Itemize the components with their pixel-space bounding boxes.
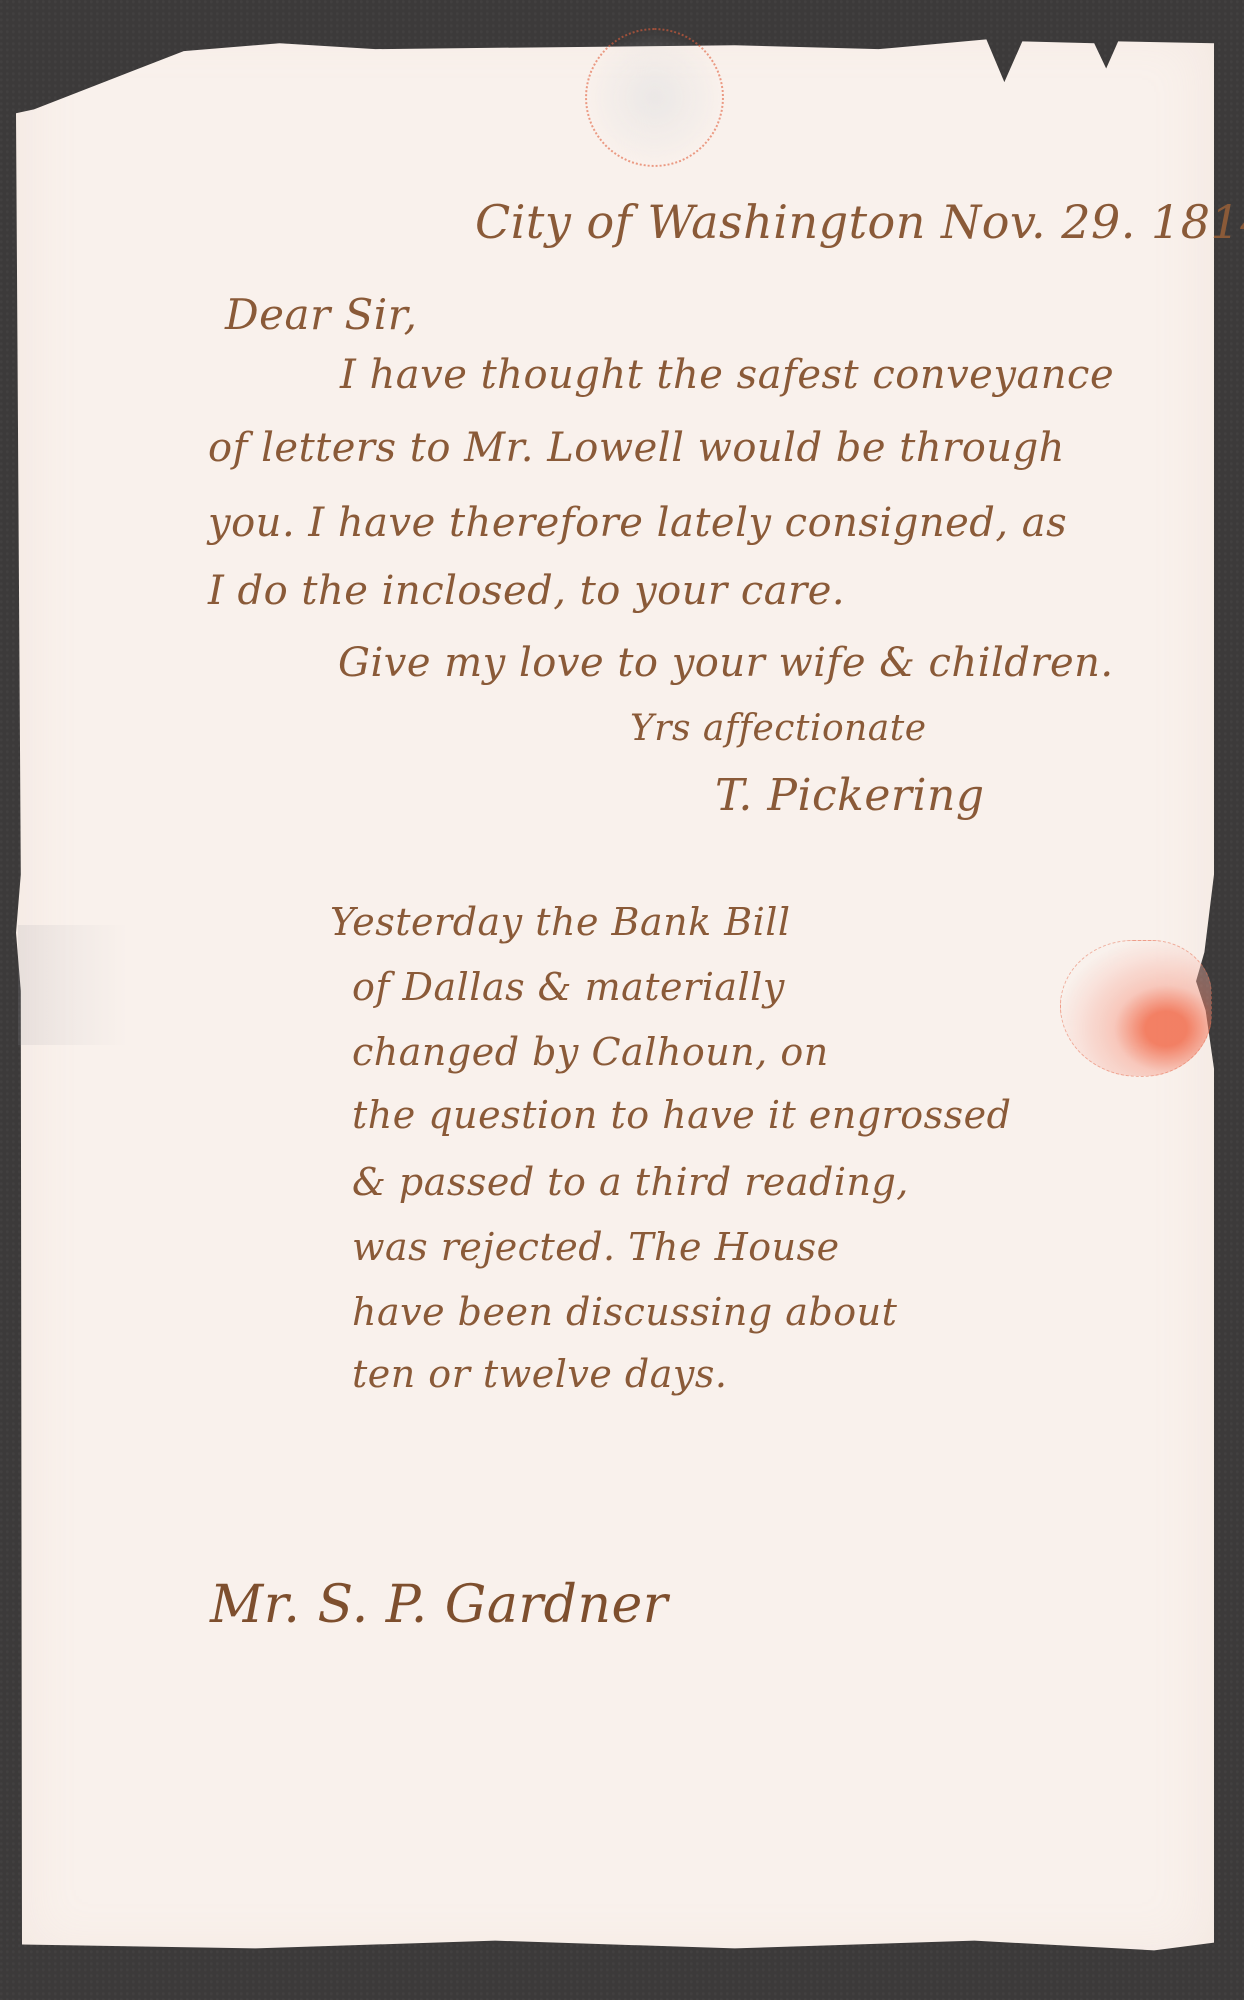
body-line-5: Give my love to your wife & children. <box>338 640 1114 686</box>
wax-seal-mark-right <box>1060 940 1212 1077</box>
paper-stain-left <box>18 925 128 1045</box>
body-line-3: you. I have therefore lately consigned, … <box>208 500 1067 546</box>
dateline: City of Washington Nov. 29. 1814. <box>475 195 1244 249</box>
recipient-address: Mr. S. P. Gardner <box>210 1575 668 1635</box>
postscript-line-5: & passed to a third reading, <box>352 1160 909 1204</box>
postscript-line-2: of Dallas & materially <box>352 965 785 1009</box>
postscript-line-4: the question to have it engrossed <box>352 1093 1012 1137</box>
postscript-line-3: changed by Calhoun, on <box>352 1030 829 1074</box>
body-line-2: of letters to Mr. Lowell would be throug… <box>208 425 1065 471</box>
signature: T. Pickering <box>715 770 984 821</box>
body-line-1: I have thought the safest conveyance <box>340 352 1114 398</box>
postscript-line-1: Yesterday the Bank Bill <box>330 900 791 944</box>
body-line-4: I do the inclosed, to your care. <box>208 568 845 614</box>
postscript-line-6: was rejected. The House <box>352 1225 840 1269</box>
salutation: Dear Sir, <box>225 290 418 339</box>
closing: Yrs affectionate <box>630 708 927 749</box>
postscript-line-7: have been discussing about <box>352 1290 897 1334</box>
postscript-line-8: ten or twelve days. <box>352 1352 727 1396</box>
wax-seal-mark-top <box>585 28 724 167</box>
